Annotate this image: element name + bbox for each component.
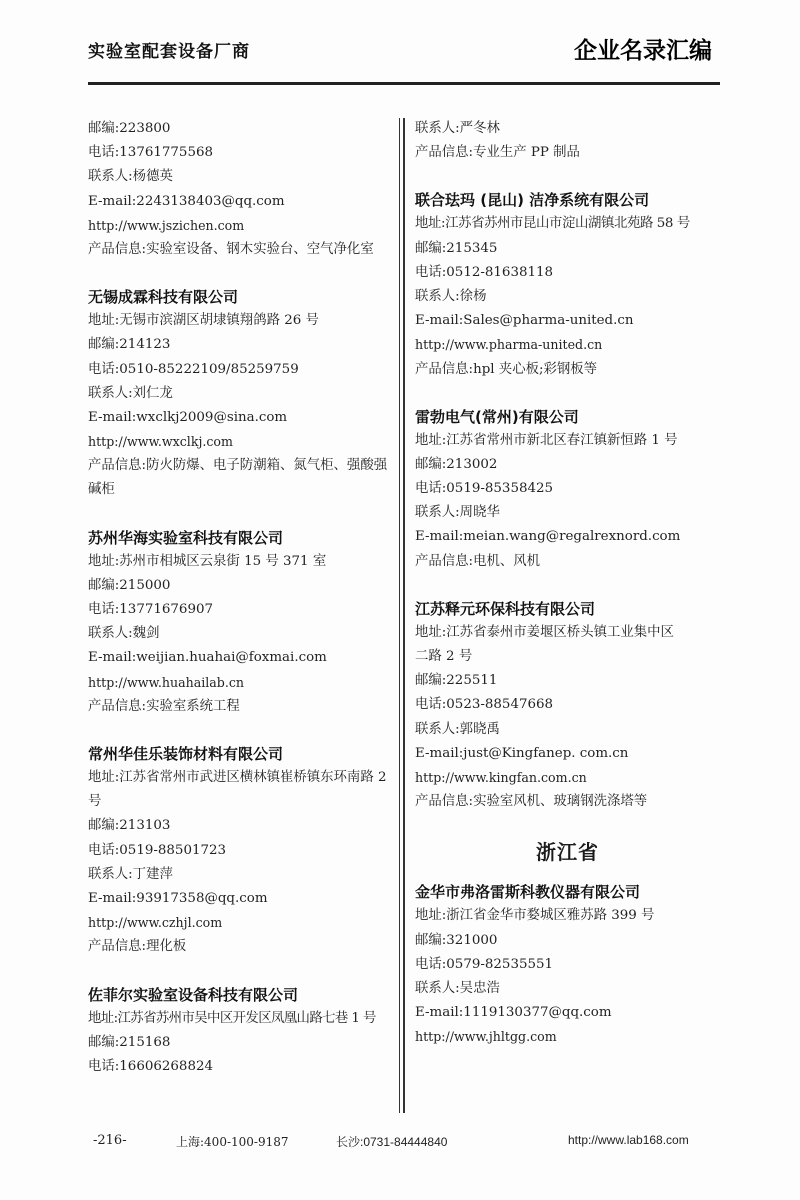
column-divider <box>399 118 405 1113</box>
products: 产品信息:实验室系统工程 <box>88 695 393 719</box>
continued-entry: 邮编:223800 电话:13761775568 联系人:杨德英 E-mail:… <box>88 117 393 262</box>
website-link[interactable]: http://www.czhjl.com <box>88 911 393 935</box>
postcode: 邮编:223800 <box>88 117 393 141</box>
address: 地址:江苏省常州市武进区横林镇崔桥镇东环南路 2 号 <box>88 766 388 814</box>
header-section-title: 企业名录汇编 <box>574 32 712 65</box>
address: 地址:江苏省常州市新北区春江镇新恒路 1 号 <box>415 429 720 453</box>
contact: 联系人:徐杨 <box>415 285 720 309</box>
company-entry: 常州华佳乐装饰材料有限公司 地址:江苏省常州市武进区横林镇崔桥镇东环南路 2 号… <box>88 742 393 960</box>
company-entry: 金华市弗洛雷斯科教仪器有限公司 地址:浙江省金华市婺城区雅苏路 399 号 邮编… <box>415 880 720 1049</box>
address: 地址:无锡市滨湖区胡埭镇翔鸽路 26 号 <box>88 309 393 333</box>
contact: 联系人:严冬林 <box>415 117 720 141</box>
email-link[interactable]: E-mail:weijian.huahai@foxmai.com <box>88 646 393 670</box>
divider-thick-line <box>403 118 405 1113</box>
postcode: 邮编:321000 <box>415 929 720 953</box>
shanghai-phone: 上海:400-100-9187 <box>176 1133 289 1150</box>
postcode: 邮编:214123 <box>88 333 393 357</box>
company-name: 江苏释元环保科技有限公司 <box>415 597 720 621</box>
website-link[interactable]: http://www.kingfan.com.cn <box>415 766 720 790</box>
continued-entry: 联系人:严冬林 产品信息:专业生产 PP 制品 <box>415 117 720 165</box>
company-entry: 佐菲尔实验室设备科技有限公司 地址:江苏省苏州市吴中区开发区凤凰山路七巷 1 号… <box>88 983 393 1080</box>
address-continued: 二路 2 号 <box>415 645 720 669</box>
province-heading: 浙江省 <box>415 838 720 866</box>
website-link[interactable]: http://www.huahailab.cn <box>88 671 393 695</box>
website-link[interactable]: http://www.wxclkj.com <box>88 430 393 454</box>
footer-website-link[interactable]: http://www.lab168.com <box>568 1133 689 1147</box>
company-entry: 联合珐玛 (昆山) 洁净系统有限公司 地址:江苏省苏州市昆山市淀山湖镇北苑路 5… <box>415 188 720 381</box>
email-link[interactable]: E-mail:Sales@pharma-united.cn <box>415 309 720 333</box>
company-entry: 江苏释元环保科技有限公司 地址:江苏省泰州市姜堰区桥头镇工业集中区 二路 2 号… <box>415 597 720 815</box>
company-name: 苏州华海实验室科技有限公司 <box>88 526 393 550</box>
company-name: 雷勃电气(常州)有限公司 <box>415 405 720 429</box>
contact: 联系人:周晓华 <box>415 501 720 525</box>
phone: 电话:0523-88547668 <box>415 693 720 717</box>
email-link[interactable]: E-mail:just@Kingfanep. com.cn <box>415 742 720 766</box>
contact: 联系人:魏剑 <box>88 622 393 646</box>
changsha-phone: 长沙:0731-84444840 <box>336 1133 447 1150</box>
postcode: 邮编:213002 <box>415 453 720 477</box>
products: 产品信息:电机、风机 <box>415 550 720 574</box>
postcode: 邮编:213103 <box>88 814 393 838</box>
company-name: 佐菲尔实验室设备科技有限公司 <box>88 983 393 1007</box>
email-link[interactable]: E-mail:2243138403@qq.com <box>88 190 393 214</box>
company-entry: 苏州华海实验室科技有限公司 地址:苏州市相城区云泉街 15 号 371 室 邮编… <box>88 526 393 719</box>
page-footer: -216- 上海:400-100-9187 长沙:0731-84444840 h… <box>88 1133 720 1153</box>
phone: 电话:0519-85358425 <box>415 477 720 501</box>
products: 产品信息:实验室设备、钢木实验台、空气净化室 <box>88 238 393 262</box>
address: 地址:江苏省泰州市姜堰区桥头镇工业集中区 <box>415 621 720 645</box>
company-name: 无锡成霖科技有限公司 <box>88 285 393 309</box>
right-column: 联系人:严冬林 产品信息:专业生产 PP 制品 联合珐玛 (昆山) 洁净系统有限… <box>415 117 720 1049</box>
company-name: 金华市弗洛雷斯科教仪器有限公司 <box>415 880 720 904</box>
header-category-title: 实验室配套设备厂商 <box>88 37 250 62</box>
contact: 联系人:郭晓禹 <box>415 718 720 742</box>
phone: 电话:0510-85222109/85259759 <box>88 358 393 382</box>
products: 产品信息:防火防爆、电子防潮箱、氮气柜、强酸强碱柜 <box>88 454 388 502</box>
email-link[interactable]: E-mail:wxclkj2009@sina.com <box>88 406 393 430</box>
website-link[interactable]: http://www.jszichen.com <box>88 214 393 238</box>
left-column: 邮编:223800 电话:13761775568 联系人:杨德英 E-mail:… <box>88 117 393 1079</box>
address: 地址:浙江省金华市婺城区雅苏路 399 号 <box>415 904 720 928</box>
phone: 电话:0519-88501723 <box>88 839 393 863</box>
website-link[interactable]: http://www.jhltgg.com <box>415 1025 720 1049</box>
contact: 联系人:杨德英 <box>88 165 393 189</box>
products: 产品信息:hpl 夹心板;彩钢板等 <box>415 358 720 382</box>
website-link[interactable]: http://www.pharma-united.cn <box>415 333 720 357</box>
phone: 电话:0579-82535551 <box>415 953 720 977</box>
page-number: -216- <box>93 1133 127 1148</box>
products: 产品信息:专业生产 PP 制品 <box>415 141 720 165</box>
contact: 联系人:丁建萍 <box>88 863 393 887</box>
company-name: 联合珐玛 (昆山) 洁净系统有限公司 <box>415 188 720 212</box>
address: 地址:江苏省苏州市吴中区开发区凤凰山路七巷 1 号 <box>88 1007 393 1031</box>
postcode: 邮编:215168 <box>88 1031 393 1055</box>
header-rule-divider <box>88 82 720 85</box>
postcode: 邮编:225511 <box>415 669 720 693</box>
postcode: 邮编:215000 <box>88 574 393 598</box>
products: 产品信息:理化板 <box>88 935 393 959</box>
email-link[interactable]: E-mail:meian.wang@regalrexnord.com <box>415 525 720 549</box>
phone: 电话:16606268824 <box>88 1055 393 1079</box>
postcode: 邮编:215345 <box>415 237 720 261</box>
phone: 电话:13771676907 <box>88 598 393 622</box>
phone: 电话:13761775568 <box>88 141 393 165</box>
address: 地址:江苏省苏州市昆山市淀山湖镇北苑路 58 号 <box>415 212 720 236</box>
phone: 电话:0512-81638118 <box>415 261 720 285</box>
products: 产品信息:实验室风机、玻璃钢洗涤塔等 <box>415 790 720 814</box>
company-name: 常州华佳乐装饰材料有限公司 <box>88 742 393 766</box>
email-link[interactable]: E-mail:1119130377@qq.com <box>415 1001 720 1025</box>
company-entry: 雷勃电气(常州)有限公司 地址:江苏省常州市新北区春江镇新恒路 1 号 邮编:2… <box>415 405 720 574</box>
address: 地址:苏州市相城区云泉街 15 号 371 室 <box>88 550 393 574</box>
email-link[interactable]: E-mail:93917358@qq.com <box>88 887 393 911</box>
contact: 联系人:吴忠浩 <box>415 977 720 1001</box>
company-entry: 无锡成霖科技有限公司 地址:无锡市滨湖区胡埭镇翔鸽路 26 号 邮编:21412… <box>88 285 393 503</box>
divider-thin-line <box>399 118 400 1113</box>
contact: 联系人:刘仁龙 <box>88 382 393 406</box>
